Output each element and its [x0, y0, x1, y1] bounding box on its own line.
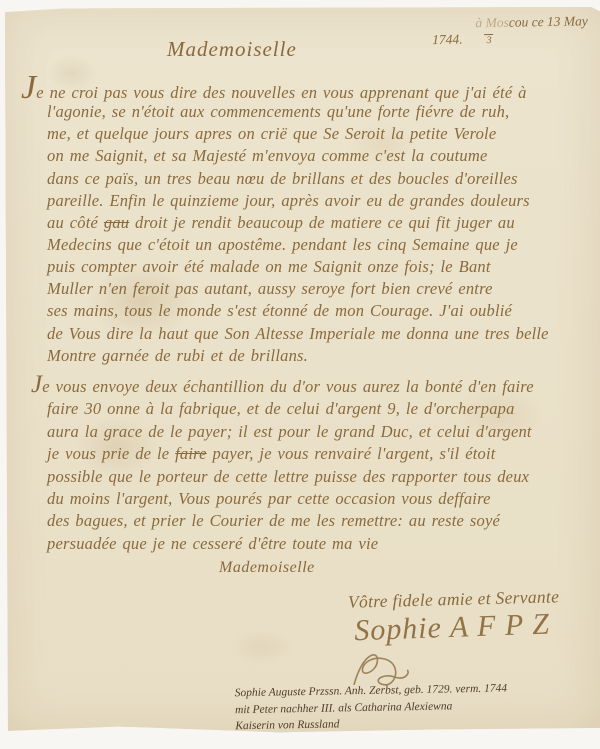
- letter-line: Muller n'en feroit pas autant, aussy ser…: [19, 278, 598, 300]
- letter-line: me, et quelque jours apres on crië que S…: [19, 123, 598, 145]
- letter-line-with-strikethrough: je vous prie de le faire payer, je vous …: [19, 443, 598, 465]
- letter-line: l'agonie, se n'étoit aux commencements q…: [19, 101, 598, 123]
- sub-salutation: Mademoiselle: [219, 559, 315, 577]
- scanned-letter: à Moscou ce 13 May 1744.3 Mademoiselle J…: [0, 0, 600, 749]
- letter-line: dans ce païs, un tres beau nœu de brilla…: [19, 168, 598, 190]
- salutation: Mademoiselle: [167, 37, 297, 62]
- dateline: à Moscou ce 13 May 1744.3: [398, 13, 589, 48]
- letter-line: persuadée que je ne cesseré d'être toute…: [19, 533, 598, 555]
- letter-line: possible que le porteur de cette lettre …: [19, 466, 598, 488]
- signature-text: Sophie A F P Z: [354, 607, 551, 647]
- letter-line: ses mains, tous le monde s'est étonné de…: [19, 300, 598, 322]
- letter-line: des bagues, et prier le Courier de me le…: [19, 510, 598, 532]
- letter-line-with-strikethrough: au côté gau droit je rendit beaucoup de …: [19, 212, 598, 234]
- dateline-place-date: à Moscou ce 13 May: [398, 13, 588, 32]
- letter-line: Medecins que c'étoit un apostême. pendan…: [19, 234, 598, 256]
- letter-line: puis compter avoir été malade on me Saig…: [19, 256, 598, 278]
- letter-line: du moins l'argent, Vous pourés par cette…: [19, 488, 598, 510]
- dateline-alt-day: 3: [484, 34, 493, 46]
- dateline-year: 1744.3: [398, 29, 588, 48]
- letter-line: Montre garnée de rubi et de brillans.: [19, 345, 598, 367]
- letter-line: de Vous dire la haut que Son Altesse Imp…: [19, 323, 598, 345]
- letter-line: aura la grace de le payer; il est pour l…: [19, 421, 598, 443]
- paragraph-2: Je vous envoye deux échantillion du d'or…: [19, 376, 598, 555]
- struck-word: faire: [175, 444, 207, 463]
- archivist-annotation: Sophie Auguste Przssn. Anh. Zerbst, geb.…: [235, 679, 600, 735]
- struck-word: gau: [104, 213, 129, 232]
- paragraph-1: Je ne croi pas vous dire des nouvelles e…: [19, 79, 598, 367]
- letter-line: Je ne croi pas vous dire des nouvelles e…: [19, 79, 598, 101]
- letter-line: pareille. Enfin le quinzieme jour, après…: [19, 190, 598, 212]
- letter-line: faire 30 onne à la fabrique, et de celui…: [19, 398, 598, 420]
- letter-paper: à Moscou ce 13 May 1744.3 Mademoiselle J…: [5, 7, 600, 733]
- letter-line: Je vous envoye deux échantillion du d'or…: [19, 376, 598, 398]
- letter-line: on me Saignit, et sa Majesté m'envoya co…: [19, 145, 598, 167]
